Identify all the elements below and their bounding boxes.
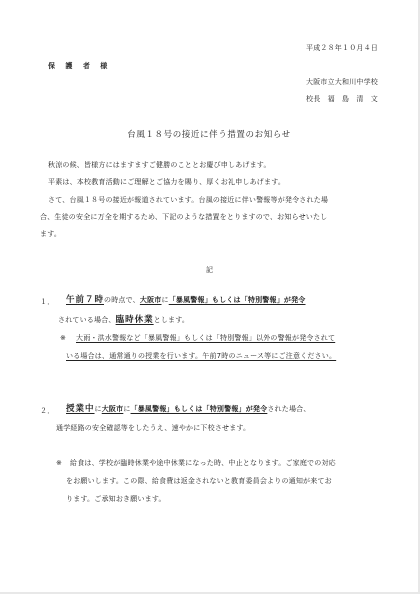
ki-heading: 記 bbox=[206, 266, 213, 275]
footnote-line-1: 給食は、学校が臨時休業や途中休業になった時、中止となります。ご家庭での対応 bbox=[70, 459, 336, 468]
item-1-line-2: されている場合、臨時休業とします。 bbox=[58, 316, 189, 325]
item-2-city: 大阪市 bbox=[102, 405, 124, 413]
item-2-line-2: 通学経路の安全確認等をしたうえ、速やかに下校させます。 bbox=[56, 424, 250, 433]
item-1-number: １． bbox=[40, 298, 54, 307]
item-2-text: に bbox=[123, 405, 130, 413]
document-page: 平成２８年１０月４日 保 護 者 様 大阪市立大和川中学校 校長 福 島 清 文… bbox=[0, 0, 420, 594]
item-1-note-mark: ※ bbox=[60, 334, 66, 343]
item-2-warning: 「暴風警報」もしくは「特別警報」が発令 bbox=[131, 405, 268, 413]
item-2-text: された場合、 bbox=[267, 405, 310, 413]
body-paragraph-3-line-3: ます。 bbox=[40, 230, 61, 239]
body-paragraph-3-line-2: 合、生徒の安全に万全を期するため、下記のような措置をとりますので、お知らせいたし bbox=[40, 213, 327, 222]
footnote-line-2: をお願いします。この際、給食費は返金されないと教育委員会よりの通知が来てお bbox=[66, 477, 332, 486]
item-2-text: に bbox=[95, 405, 102, 413]
principal-name: 校長 福 島 清 文 bbox=[306, 95, 378, 104]
item-1-warning: 「暴風警報」もしくは「特別警報」が発令 bbox=[169, 296, 306, 304]
item-1-line-1: 午前７時の時点で、大阪市に「暴風警報」もしくは「特別警報」が発令 bbox=[66, 296, 306, 305]
item-1-closure: 臨時休業 bbox=[116, 315, 154, 325]
body-paragraph-1: 秋涼の候、皆様方にはますますご健勝のこととお慶び申しあげます。 bbox=[48, 161, 271, 170]
school-name: 大阪市立大和川中学校 bbox=[306, 78, 378, 87]
footnote-mark: ※ bbox=[56, 459, 62, 468]
item-1-note-line-2: いる場合は、通常通りの授業を行います。午前7時のニュース等にご注意ください。 bbox=[66, 352, 336, 361]
body-paragraph-2: 平素は、本校教育活動にご理解とご協力を賜り、厚くお礼申しあげます。 bbox=[48, 178, 285, 187]
item-1-time: 午前７時 bbox=[66, 295, 104, 305]
date: 平成２８年１０月４日 bbox=[306, 44, 378, 53]
item-2-line-1: 授業中に大阪市に「暴風警報」もしくは「特別警報」が発令された場合、 bbox=[66, 405, 311, 414]
item-1-text: されている場合、 bbox=[58, 316, 116, 324]
item-1-text: に bbox=[162, 296, 169, 304]
document-title: 台風１８号の接近に伴う措置のお知らせ bbox=[0, 128, 418, 140]
item-2-number: ２． bbox=[40, 407, 54, 416]
item-1-note-line-1: 大雨・洪水警報など「暴風警報」もしくは「特別警報」以外の警報が発令されて bbox=[76, 334, 335, 343]
footnote-line-3: ります。ご承知おき願います。 bbox=[66, 495, 166, 504]
item-1-text: の時点で、 bbox=[104, 296, 140, 304]
recipient: 保 護 者 様 bbox=[48, 62, 111, 71]
item-1-text: とします。 bbox=[154, 316, 189, 324]
item-1-city: 大阪市 bbox=[140, 296, 162, 304]
item-2-time: 授業中 bbox=[66, 404, 95, 414]
body-paragraph-3-line-1: さて、台風１８号の接近が報道されています。台風の接近に伴い警報等が発令された場 bbox=[48, 196, 328, 205]
